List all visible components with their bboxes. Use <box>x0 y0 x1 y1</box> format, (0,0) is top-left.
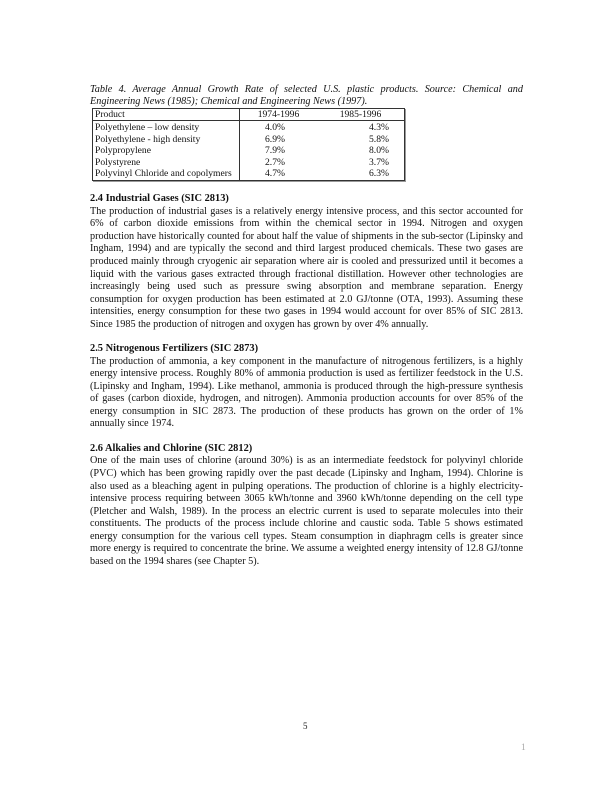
section-body: One of the main uses of chlorine (around… <box>90 455 523 568</box>
cell-product: Polyethylene – low density <box>93 121 240 134</box>
table-header-row: Product 1974-1996 1985-1996 <box>93 109 405 121</box>
cell-1985-1996: 6.3% <box>317 168 405 181</box>
document-page: Table 4. Average Annual Growth Rate of s… <box>90 84 523 568</box>
cell-product: Polystyrene <box>93 157 240 168</box>
cell-1974-1996: 4.7% <box>240 168 318 181</box>
table-row: Polystyrene 2.7% 3.7% <box>93 157 405 168</box>
cell-1985-1996: 5.8% <box>317 134 405 145</box>
cell-product: Polypropylene <box>93 145 240 156</box>
table-row: Polyvinyl Chloride and copolymers 4.7% 6… <box>93 168 405 181</box>
header-product: Product <box>93 109 240 121</box>
cell-1985-1996: 8.0% <box>317 145 405 156</box>
table-row: Polyethylene – low density 4.0% 4.3% <box>93 121 405 134</box>
section-alkalies-chlorine: 2.6 Alkalies and Chlorine (SIC 2812) One… <box>90 443 523 568</box>
cell-1974-1996: 4.0% <box>240 121 318 134</box>
section-nitrogenous-fertilizers: 2.5 Nitrogenous Fertilizers (SIC 2873) T… <box>90 343 523 431</box>
header-1985-1996: 1985-1996 <box>317 109 405 121</box>
page-number: 5 <box>303 721 308 731</box>
table-caption: Table 4. Average Annual Growth Rate of s… <box>90 84 523 108</box>
section-body: The production of industrial gases is a … <box>90 206 523 331</box>
cell-1974-1996: 7.9% <box>240 145 318 156</box>
section-heading: 2.6 Alkalies and Chlorine (SIC 2812) <box>90 443 523 455</box>
cell-1985-1996: 4.3% <box>317 121 405 134</box>
table-row: Polypropylene 7.9% 8.0% <box>93 145 405 156</box>
cell-1974-1996: 2.7% <box>240 157 318 168</box>
cell-product: Polyvinyl Chloride and copolymers <box>93 168 240 181</box>
section-heading: 2.5 Nitrogenous Fertilizers (SIC 2873) <box>90 343 523 355</box>
header-1974-1996: 1974-1996 <box>240 109 318 121</box>
section-heading: 2.4 Industrial Gases (SIC 2813) <box>90 193 523 205</box>
slide-number: 1 <box>521 743 526 753</box>
section-body: The production of ammonia, a key compone… <box>90 356 523 431</box>
table-row: Polyethylene - high density 6.9% 5.8% <box>93 134 405 145</box>
section-industrial-gases: 2.4 Industrial Gases (SIC 2813) The prod… <box>90 193 523 331</box>
growth-rate-table: Product 1974-1996 1985-1996 Polyethylene… <box>92 108 405 181</box>
cell-1974-1996: 6.9% <box>240 134 318 145</box>
cell-product: Polyethylene - high density <box>93 134 240 145</box>
cell-1985-1996: 3.7% <box>317 157 405 168</box>
